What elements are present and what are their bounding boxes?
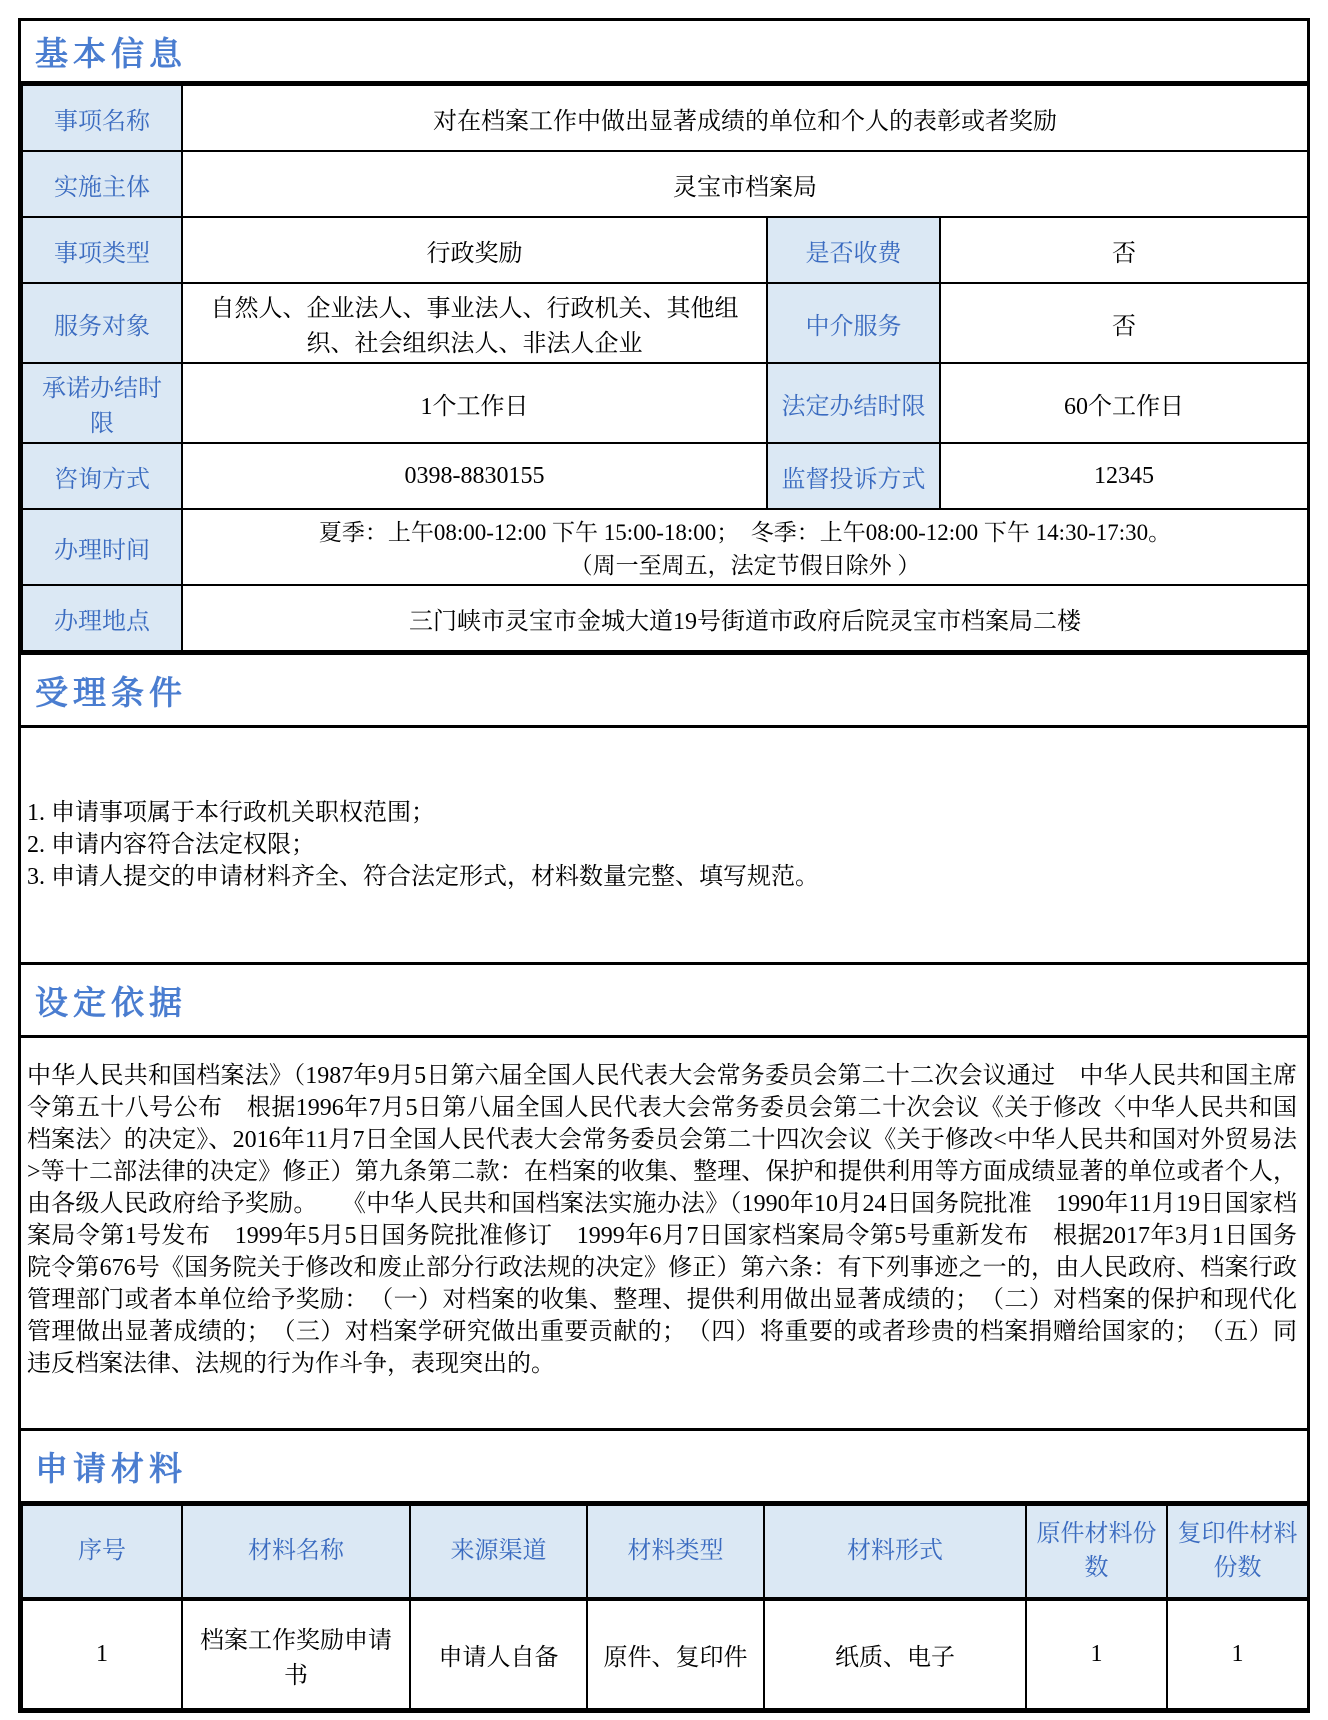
office-hours-note: （周一至周五，法定节假日除外 ） <box>191 547 1299 580</box>
field-value: 60个工作日 <box>940 363 1308 443</box>
condition-item: 1. 申请事项属于本行政机关职权范围； <box>27 797 1297 829</box>
section-title-text: 申请材料 <box>35 1443 187 1490</box>
cell-material-form: 纸质、电子 <box>764 1599 1026 1709</box>
service-info-page: 基本信息 事项名称 对在档案工作中做出显著成绩的单位和个人的表彰或者奖励 实施主… <box>0 0 1328 1713</box>
condition-item: 3. 申请人提交的申请材料齐全、符合法定形式，材料数量完整、填写规范。 <box>27 861 1297 893</box>
field-label: 监督投诉方式 <box>767 443 940 509</box>
column-header-photocopy-copies: 复印件材料份数 <box>1167 1505 1308 1599</box>
document-table: 基本信息 事项名称 对在档案工作中做出显著成绩的单位和个人的表彰或者奖励 实施主… <box>18 18 1310 1713</box>
info-row-service-target: 服务对象 自然人、企业法人、事业法人、行政机关、其他组织、社会组织法人、非法人企… <box>22 283 1308 363</box>
field-value: 三门峡市灵宝市金城大道19号街道市政府后院灵宝市档案局二楼 <box>182 585 1308 651</box>
info-row-item-type: 事项类型 行政奖励 是否收费 否 <box>22 217 1308 283</box>
column-header-material-form: 材料形式 <box>764 1505 1026 1599</box>
section-title-acceptance-conditions: 受理条件 <box>21 652 1307 728</box>
condition-item: 2. 申请内容符合法定权限； <box>27 829 1297 861</box>
field-value: 1个工作日 <box>182 363 767 443</box>
info-row-item-name: 事项名称 对在档案工作中做出显著成绩的单位和个人的表彰或者奖励 <box>22 85 1308 151</box>
section-title-text: 基本信息 <box>35 28 187 75</box>
column-header-source-channel: 来源渠道 <box>410 1505 587 1599</box>
field-label: 是否收费 <box>767 217 940 283</box>
column-header-material-name: 材料名称 <box>182 1505 410 1599</box>
basic-info-table: 事项名称 对在档案工作中做出显著成绩的单位和个人的表彰或者奖励 实施主体 灵宝市… <box>21 84 1309 652</box>
materials-header-row: 序号 材料名称 来源渠道 材料类型 材料形式 原件材料份数 复印件材料份数 <box>22 1505 1308 1599</box>
field-value: 夏季：上午08:00-12:00 下午 15:00-18:00； 冬季：上午08… <box>182 509 1308 585</box>
info-row-consultation: 咨询方式 0398-8830155 监督投诉方式 12345 <box>22 443 1308 509</box>
info-row-office-location: 办理地点 三门峡市灵宝市金城大道19号街道市政府后院灵宝市档案局二楼 <box>22 585 1308 651</box>
info-row-office-hours: 办理时间 夏季：上午08:00-12:00 下午 15:00-18:00； 冬季… <box>22 509 1308 585</box>
section-title-basic-info: 基本信息 <box>21 21 1307 84</box>
cell-original-copies: 1 <box>1026 1599 1167 1709</box>
materials-table: 序号 材料名称 来源渠道 材料类型 材料形式 原件材料份数 复印件材料份数 1 … <box>21 1504 1309 1710</box>
cell-material-name: 档案工作奖励申请书 <box>182 1599 410 1709</box>
field-label: 事项类型 <box>22 217 182 283</box>
field-label: 办理地点 <box>22 585 182 651</box>
section-title-application-materials: 申请材料 <box>21 1428 1307 1504</box>
field-value: 0398-8830155 <box>182 443 767 509</box>
cell-photocopy-copies: 1 <box>1167 1599 1308 1709</box>
field-label: 服务对象 <box>22 283 182 363</box>
field-value: 否 <box>940 217 1308 283</box>
column-header-seq: 序号 <box>22 1505 182 1599</box>
field-value: 自然人、企业法人、事业法人、行政机关、其他组织、社会组织法人、非法人企业 <box>182 283 767 363</box>
field-value: 灵宝市档案局 <box>182 151 1308 217</box>
acceptance-conditions-list: 1. 申请事项属于本行政机关职权范围； 2. 申请内容符合法定权限； 3. 申请… <box>21 728 1307 962</box>
column-header-original-copies: 原件材料份数 <box>1026 1505 1167 1599</box>
info-row-implementing-body: 实施主体 灵宝市档案局 <box>22 151 1308 217</box>
field-label: 实施主体 <box>22 151 182 217</box>
section-title-text: 受理条件 <box>35 667 187 714</box>
field-value: 对在档案工作中做出显著成绩的单位和个人的表彰或者奖励 <box>182 85 1308 151</box>
info-row-promised-time-limit: 承诺办结时限 1个工作日 法定办结时限 60个工作日 <box>22 363 1308 443</box>
field-value: 否 <box>940 283 1308 363</box>
field-label: 咨询方式 <box>22 443 182 509</box>
cell-material-type: 原件、复印件 <box>587 1599 764 1709</box>
cell-seq: 1 <box>22 1599 182 1709</box>
section-title-text: 设定依据 <box>35 977 187 1024</box>
field-value: 行政奖励 <box>182 217 767 283</box>
section-title-legal-basis: 设定依据 <box>21 962 1307 1038</box>
field-label: 承诺办结时限 <box>22 363 182 443</box>
cell-source-channel: 申请人自备 <box>410 1599 587 1709</box>
office-hours-text: 夏季：上午08:00-12:00 下午 15:00-18:00； 冬季：上午08… <box>191 514 1299 547</box>
field-label: 中介服务 <box>767 283 940 363</box>
field-label: 办理时间 <box>22 509 182 585</box>
legal-basis-text: 中华人民共和国档案法》（1987年9月5日第六届全国人民代表大会常务委员会第二十… <box>21 1038 1307 1428</box>
materials-data-row: 1 档案工作奖励申请书 申请人自备 原件、复印件 纸质、电子 1 1 <box>22 1599 1308 1709</box>
field-label: 事项名称 <box>22 85 182 151</box>
field-label: 法定办结时限 <box>767 363 940 443</box>
field-value: 12345 <box>940 443 1308 509</box>
column-header-material-type: 材料类型 <box>587 1505 764 1599</box>
